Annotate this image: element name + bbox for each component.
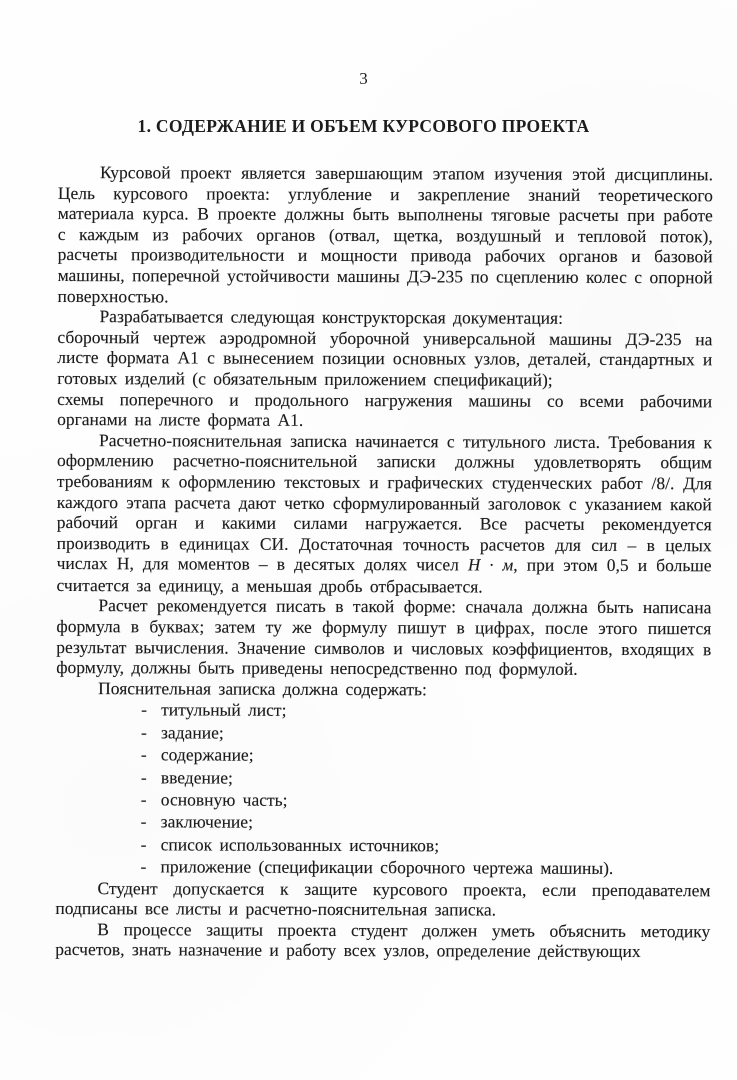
list-dash-marker: - bbox=[141, 721, 161, 743]
list-item: - введение; bbox=[56, 766, 711, 791]
math-symbol-newton-meter: Н · м bbox=[468, 556, 513, 575]
paragraph-load-schemes: схемы поперечного и продольного нагружен… bbox=[57, 389, 712, 432]
document-body: Курсовой проект является завершающим эта… bbox=[55, 162, 713, 962]
paragraph-defense-process: В процессе защиты проекта студент должен… bbox=[55, 919, 710, 962]
list-item: - заключение; bbox=[56, 810, 711, 835]
page-number: 3 bbox=[36, 68, 691, 89]
section-title: 1. СОДЕРЖАНИЕ И ОБЪЕМ КУРСОВОГО ПРОЕКТА bbox=[36, 115, 691, 137]
list-dash-marker: - bbox=[141, 788, 161, 810]
list-dash-marker: - bbox=[141, 766, 161, 788]
list-item-label: задание; bbox=[161, 721, 224, 744]
list-dash-marker: - bbox=[141, 833, 161, 855]
list-item-label: титульный лист; bbox=[161, 699, 286, 722]
list-item: - задание; bbox=[56, 721, 711, 746]
list-item: - содержание; bbox=[56, 743, 711, 768]
list-item-label: содержание; bbox=[161, 744, 254, 767]
list-item-label: основную часть; bbox=[161, 788, 288, 811]
paragraph-assembly-drawing: сборочный чертеж аэродромной уборочной у… bbox=[57, 327, 712, 391]
paragraph-defense-admission: Студент допускается к защите курсового п… bbox=[55, 878, 710, 921]
paragraph-list-lead: Пояснительная записка должна содержать: bbox=[56, 678, 711, 701]
list-item-label: заключение; bbox=[161, 811, 253, 834]
list-item: - список использованных источников; bbox=[56, 833, 711, 858]
list-item-label: список использованных источников; bbox=[161, 833, 440, 856]
list-item: - основную часть; bbox=[56, 788, 711, 813]
list-dash-marker: - bbox=[141, 699, 161, 721]
note-requirements-text-start: Расчетно-пояснительная записка начинаетс… bbox=[57, 430, 712, 575]
list-item-label: приложение (спецификации сборочного черт… bbox=[161, 856, 614, 880]
paragraph-note-requirements: Расчетно-пояснительная записка начинаетс… bbox=[56, 430, 712, 598]
paragraph-documentation-lead: Разрабатывается следующая конструкторска… bbox=[57, 306, 712, 329]
paragraph-calculation-form: Расчет рекомендуется писать в такой форм… bbox=[56, 595, 711, 680]
list-item: - титульный лист; bbox=[56, 698, 711, 723]
list-dash-marker: - bbox=[141, 856, 161, 878]
list-dash-marker: - bbox=[141, 811, 161, 833]
list-item-label: введение; bbox=[161, 766, 233, 789]
list-dash-marker: - bbox=[141, 744, 161, 766]
scanned-document-page: 3 1. СОДЕРЖАНИЕ И ОБЪЕМ КУРСОВОГО ПРОЕКТ… bbox=[0, 0, 737, 1080]
list-item: - приложение (спецификации сборочного че… bbox=[56, 855, 711, 880]
paragraph-intro: Курсовой проект является завершающим эта… bbox=[57, 162, 712, 308]
